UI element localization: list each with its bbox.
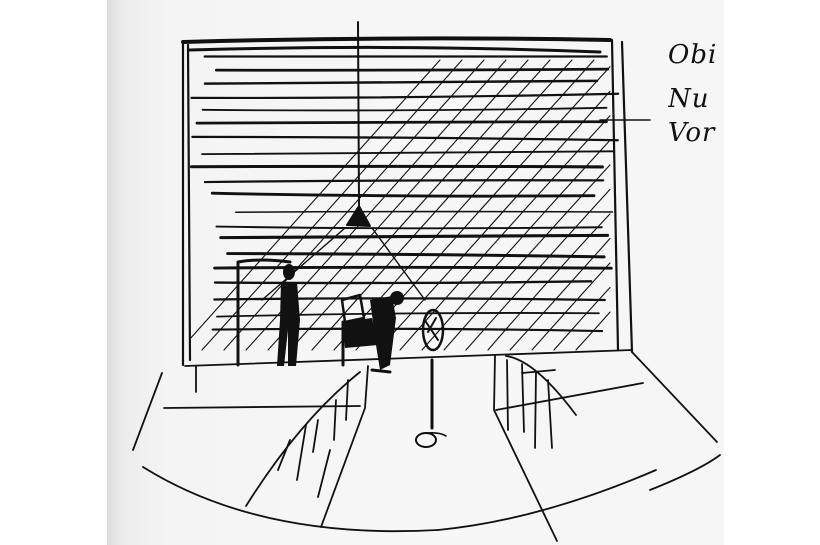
microphone-stand xyxy=(416,310,446,447)
stage-floor xyxy=(133,350,720,541)
stage-sketch xyxy=(0,0,820,545)
backdrop-horizontal-hatching xyxy=(191,56,618,331)
standing-figure xyxy=(277,264,300,366)
backdrop-diagonal-hatching xyxy=(190,60,610,350)
handwritten-note-line-1: Obi xyxy=(668,40,724,70)
hanging-lamp xyxy=(262,22,425,300)
handwritten-note-line-2: Nu xyxy=(668,84,724,114)
handwritten-note-line-3: Vor xyxy=(668,118,724,148)
